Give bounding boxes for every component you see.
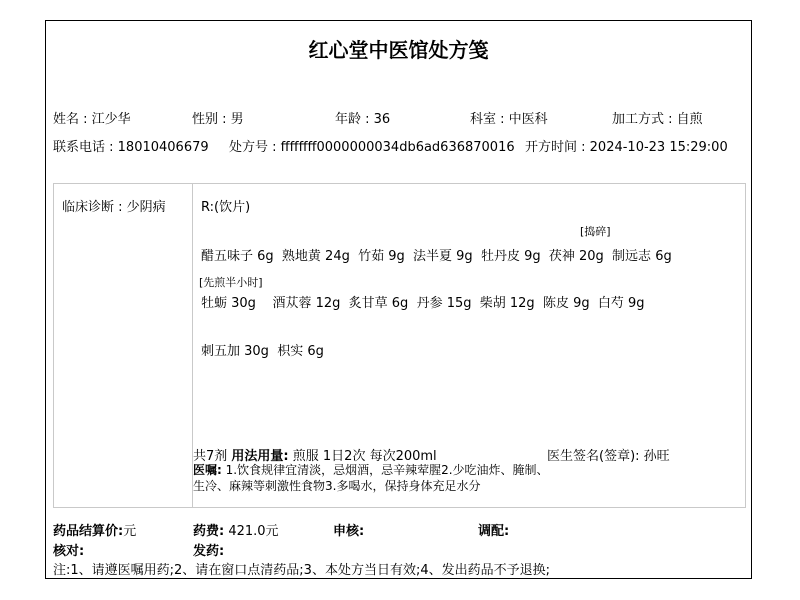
prescription-no-field: 处方号 : ffffffff0000000034db6ad636870016 bbox=[229, 136, 515, 155]
patient-sex-field: 性别 : 男 bbox=[192, 108, 244, 127]
settlement-price-value: 元 bbox=[123, 524, 136, 539]
check-field: 核对: bbox=[53, 540, 84, 559]
processing-method-label: 加工方式 : bbox=[612, 112, 673, 127]
advice-line-1: 医嘱: 1.饮食规律宜清淡，忌烟酒，忌辛辣荤腥2.少吃油炸、腌制、 bbox=[193, 461, 549, 478]
issue-time-value: 2024-10-23 15:29:00 bbox=[590, 140, 728, 155]
doctor-signature-field: 医生签名(签章): 孙旺 bbox=[547, 445, 670, 464]
rx-herb-line-2: 牡蛎 30g 酒苁蓉 12g 炙甘草 6g 丹参 15g 柴胡 12g 陈皮 9… bbox=[201, 292, 645, 311]
phone-value: 18010406679 bbox=[118, 140, 209, 155]
prescription-no-value: ffffffff0000000034db6ad636870016 bbox=[281, 140, 515, 155]
diagnosis-label: 临床诊断 : bbox=[62, 200, 123, 215]
patient-sex-label: 性别 : bbox=[192, 112, 227, 127]
rx-note-crush: [捣碎] bbox=[580, 223, 611, 239]
issue-medicine-label: 发药: bbox=[193, 544, 224, 559]
diagnosis-value: 少阴病 bbox=[127, 200, 166, 215]
footer-note: 注:1、请遵医嘱用药;2、请在窗口点清药品;3、本处方当日有效;4、发出药品不予… bbox=[53, 559, 550, 578]
patient-name-field: 姓名 : 江少华 bbox=[53, 108, 131, 127]
rx-header: R:(饮片) bbox=[201, 196, 250, 215]
patient-age-value: 36 bbox=[374, 112, 391, 127]
page-title: 红心堂中医馆处方笺 bbox=[45, 34, 752, 63]
diagnosis-field: 临床诊断 : 少阴病 bbox=[62, 196, 166, 215]
prescription-no-label: 处方号 : bbox=[229, 140, 277, 155]
advice-line-2: 生冷、麻辣等刺激性食物3.多喝水，保持身体充足水分 bbox=[193, 477, 480, 494]
dispense-prep-label: 调配: bbox=[478, 524, 509, 539]
issue-time-label: 开方时间 : bbox=[525, 140, 586, 155]
medicine-fee-label: 药费: bbox=[193, 524, 224, 539]
rx-herb-line-1: 醋五味子 6g 熟地黄 24g 竹茹 9g 法半夏 9g 牡丹皮 9g 茯神 2… bbox=[201, 245, 672, 264]
department-label: 科室 : bbox=[470, 112, 505, 127]
advice-label: 医嘱: bbox=[193, 463, 222, 477]
department-value: 中医科 bbox=[509, 112, 548, 127]
processing-method-field: 加工方式 : 自煎 bbox=[612, 108, 703, 127]
patient-age-field: 年龄 : 36 bbox=[335, 108, 390, 127]
patient-name-value: 江少华 bbox=[92, 112, 131, 127]
phone-label: 联系电话 : bbox=[53, 140, 114, 155]
processing-method-value: 自煎 bbox=[677, 112, 703, 127]
settlement-price-label: 药品结算价: bbox=[53, 524, 123, 539]
issue-medicine-field: 发药: bbox=[193, 540, 224, 559]
patient-sex-value: 男 bbox=[231, 112, 244, 127]
phone-field: 联系电话 : 18010406679 bbox=[53, 136, 209, 155]
department-field: 科室 : 中医科 bbox=[470, 108, 548, 127]
settlement-price-field: 药品结算价:元 bbox=[53, 520, 136, 539]
doctor-signature-name: 孙旺 bbox=[644, 449, 670, 464]
prescription-page: 红心堂中医馆处方笺 姓名 : 江少华 性别 : 男 年龄 : 36 科室 : 中… bbox=[0, 0, 800, 600]
advice-text-1: 1.饮食规律宜清淡，忌烟酒，忌辛辣荤腥2.少吃油炸、腌制、 bbox=[226, 463, 549, 477]
medicine-fee-field: 药费: 421.0元 bbox=[193, 520, 279, 539]
issue-time-field: 开方时间 : 2024-10-23 15:29:00 bbox=[525, 136, 728, 155]
doctor-signature-label: 医生签名(签章): bbox=[547, 449, 640, 464]
rx-herb-line-3: 刺五加 30g 枳实 6g bbox=[201, 340, 324, 359]
patient-name-label: 姓名 : bbox=[53, 112, 88, 127]
medicine-fee-value: 421.0元 bbox=[228, 524, 278, 539]
review-field: 申核: bbox=[333, 520, 364, 539]
check-label: 核对: bbox=[53, 544, 84, 559]
review-label: 申核: bbox=[333, 524, 364, 539]
dispense-prep-field: 调配: bbox=[478, 520, 509, 539]
patient-age-label: 年龄 : bbox=[335, 112, 370, 127]
rx-note-predecoct: [先煎半小时] bbox=[199, 274, 263, 290]
